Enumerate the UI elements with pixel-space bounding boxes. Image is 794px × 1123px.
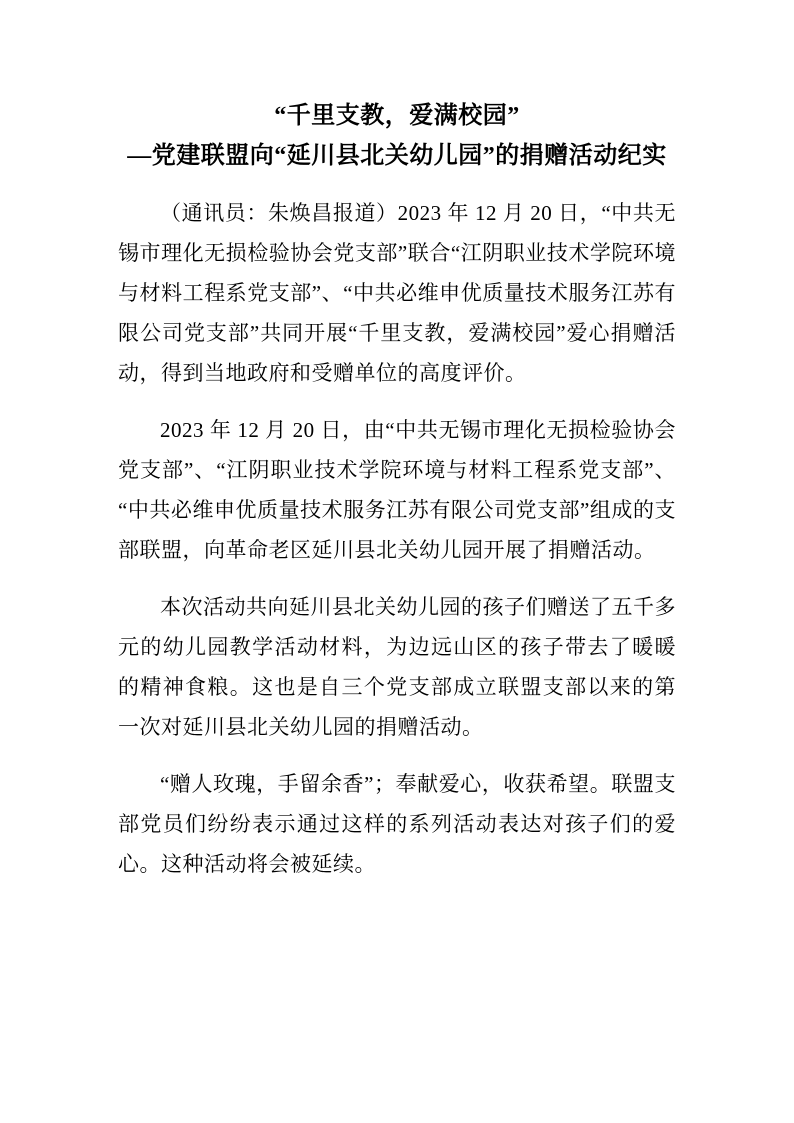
document-title: “千里支教，爱满校园” —党建联盟向“延川县北关幼儿园”的捐赠活动纪实 bbox=[118, 96, 676, 176]
paragraph-1: （通讯员：朱焕昌报道）2023 年 12 月 20 日，“中共无锡市理化无损检验… bbox=[118, 193, 676, 393]
paragraph-4: “赠人玫瑰，手留余香”；奉献爱心，收获希望。联盟支部党员们纷纷表示通过这样的系列… bbox=[118, 764, 676, 884]
title-line-1: “千里支教，爱满校园” bbox=[118, 96, 676, 136]
paragraph-2: 2023 年 12 月 20 日，由“中共无锡市理化无损检验协会党支部”、“江阴… bbox=[118, 410, 676, 570]
document-page: “千里支教，爱满校园” —党建联盟向“延川县北关幼儿园”的捐赠活动纪实 （通讯员… bbox=[0, 0, 794, 1123]
title-line-2: —党建联盟向“延川县北关幼儿园”的捐赠活动纪实 bbox=[118, 136, 676, 176]
paragraph-3: 本次活动共向延川县北关幼儿园的孩子们赠送了五千多元的幼儿园教学活动材料，为边远山… bbox=[118, 587, 676, 747]
document-content: “千里支教，爱满校园” —党建联盟向“延川县北关幼儿园”的捐赠活动纪实 （通讯员… bbox=[118, 96, 676, 884]
